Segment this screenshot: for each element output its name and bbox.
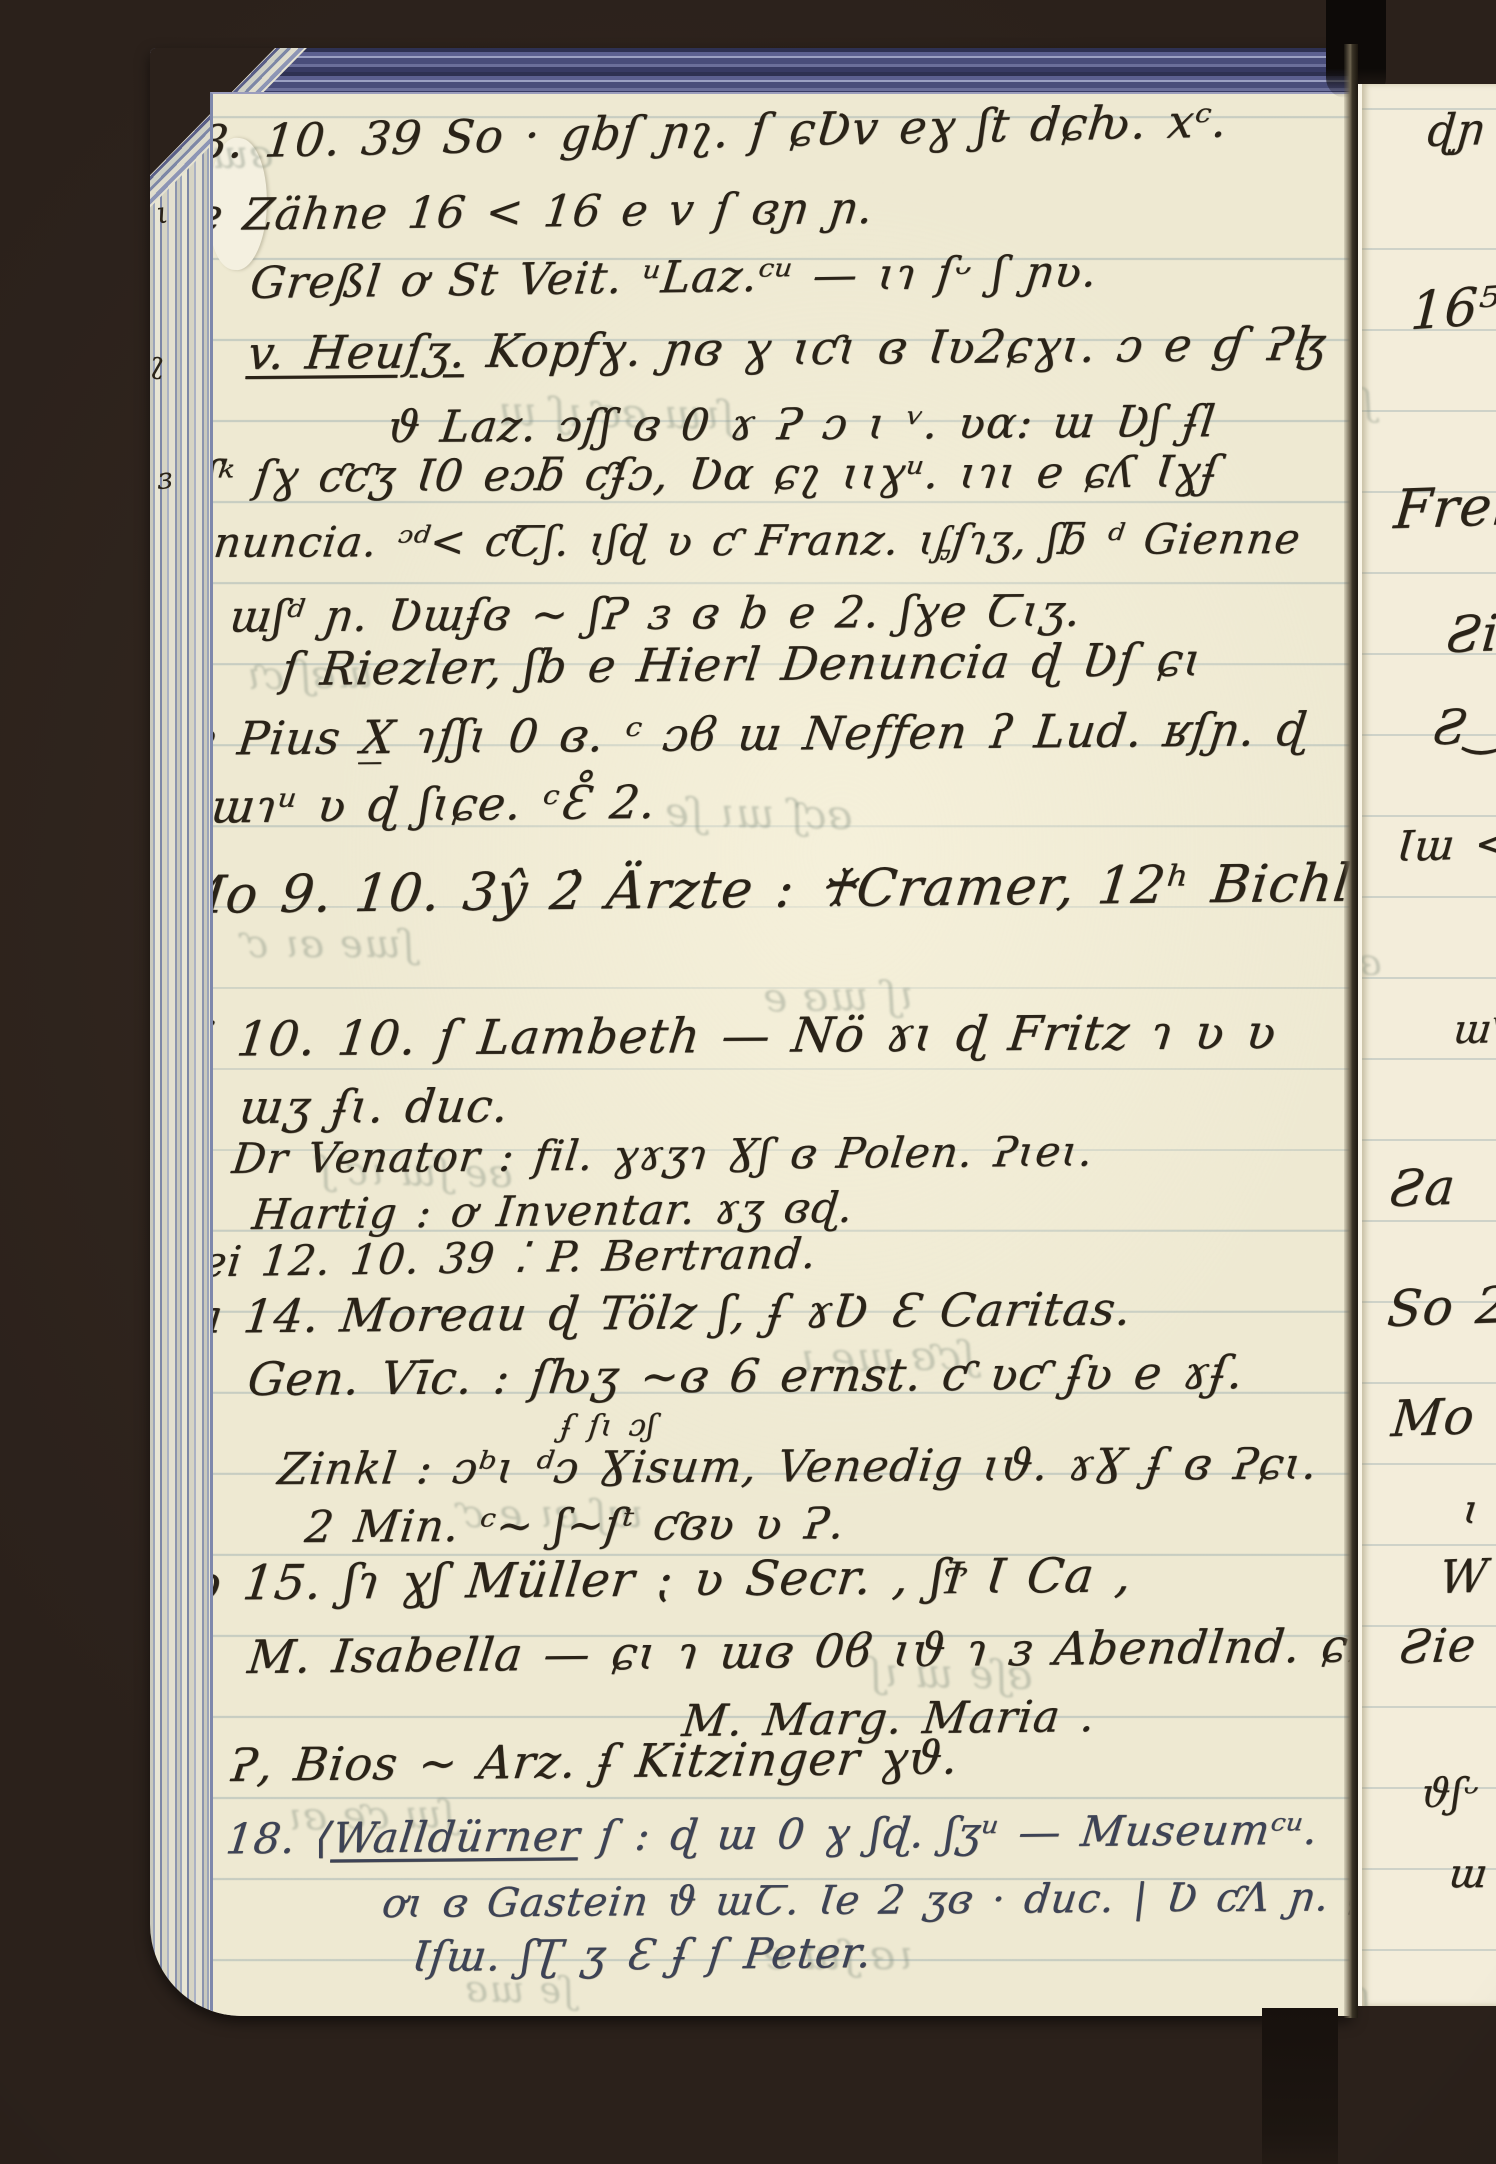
handwriting-fragment: ɖɲ: [1425, 106, 1488, 157]
handwriting-line: Zinkl : ɔᵇɩ ᵈɔ Ɣisum, Venedig ɩϑ. ɤƔ ʄ ɞ…: [275, 1441, 1320, 1495]
handwriting-fragment: W: [1438, 1550, 1491, 1602]
handwriting-line: 2 Min. ᶜ~ ʃ~ſᵗ ƈɞʋ ʋ Ɂ.: [302, 1500, 847, 1552]
handwriting-line: ϑ Laz. ɔſʃ ɞ 0 ɤ Ɂ ɔ ɩ ᵛ. ʋɑ: ɯ Ʋʃ ʄl: [385, 398, 1218, 452]
ghost-writing-line: ɞƈʃ ɯɩ ʃe: [663, 791, 853, 838]
handwriting-fragment: Ɩɯ <: [1395, 820, 1496, 870]
handwriting-line: v. Heuſʒ. Kopfɣ. ɲɞ ɣ ɩƈɩ ɞ Ɩʋ2ɕɣɩ. ɔ e …: [245, 319, 1330, 379]
handwriting-line: Greßl ơ St Veit. ᵘLaz.ᶜᵘ — ɩɿ ſᵕ ʃ ɲʋ.: [248, 248, 1100, 308]
handwriting-line: Sa 14. Moreau ɖ Tölz ʃ, ʄ ɤƲ Ɛ Caritas.: [210, 1284, 1134, 1343]
page-stack-top-edges: [150, 48, 1352, 94]
handwriting-line: Ɂ, Bios ~ Arz. ʄ Kitzinger ɣϑ.: [227, 1732, 961, 1790]
margin-ink-mark: ɜ: [156, 462, 174, 496]
handwriting-fragment: Ƨa: [1387, 1160, 1458, 1218]
handwriting-line: So 15. ʃɿ ɣʃ Müller ⁏ ʋ Secr. , ʃϮ Ɩ Ca …: [210, 1550, 1135, 1611]
handwriting-line: Frei 12. 10. 39 ⁚ P. Bertrand.: [210, 1231, 819, 1287]
handwriting-line: M. Isabella — ɕɩ ɿ ɯɞ 0ϐ ɩϑ ɿ ɜ Abendlnd…: [245, 1620, 1352, 1683]
handwriting-fragment: Ƨi: [1444, 606, 1496, 663]
handwriting-fragment: Ƨie: [1398, 1619, 1479, 1672]
handwriting-line: ʄ ſɩ ɔʃ: [559, 1409, 658, 1443]
handwriting-fragment: ɯ: [1447, 1852, 1491, 1896]
handwriting-line: ɖ ɯɿᵘ ʋ ɖ ʃɩɕe. ᶜƐ̊ 2.: [210, 777, 659, 833]
handwriting-fragment: Mo: [1389, 1389, 1477, 1447]
handwriting-line: ɯʒ ʄɩ. duc.: [237, 1081, 512, 1133]
handwriting-fragment: 16⁵: [1409, 278, 1496, 342]
handwriting-line: Mi 18. ⟨Walldürner ſ : ɖ ɯ 0 ɣ ʃɖ. ʃʒᵘ —…: [210, 1807, 1321, 1863]
ghost-writing-line: ʃɯe ɞɩ ƈ: [245, 924, 413, 966]
ghost-writing-line: ʃɯ ɞ: [1358, 1984, 1370, 2006]
margin-ink-mark: ʅ: [150, 346, 167, 380]
gutter-crease: [1344, 44, 1358, 2018]
handwriting-fragment: So 2: [1385, 1278, 1496, 1337]
handwriting-line: denuncia. ᵓᵈ< ƈꞆʃ. ɩʃɖ ʋ ƈ Franz. ɩᶋſɿʒ,…: [210, 516, 1303, 566]
handwriting-line: Di 10. 10. ſ Lambeth — Nö ɤɩ ɖ Fritz ɿ ʋ…: [210, 1006, 1280, 1067]
handwriting-fragment: Ƨ‿: [1430, 701, 1496, 755]
handwriting-line: ơɩ ɞ Gastein ϑ ɯꞆ. Ɩe 2 ʒɞ · duc. | Ʋ ƈɅ…: [380, 1875, 1352, 1926]
left-page-stack: ɞɯ ɕʃ ɩʃɩɯ ɞƈ ɩʃ ɯɯɞʃ ƈɩɞƈʃ ɯɩ ʃeʃɯe ɞɩ …: [150, 48, 1352, 2016]
margin-ink-mark: ι: [154, 196, 170, 230]
handwriting-line: e Zähne 16 < 16 e v ſ ɞɲ ɲ.: [210, 185, 876, 241]
handwriting-line: Mo 9. 10. 3ŷ 2̇ Ärzte : ♰Cramer, 12ʰ Bic…: [210, 855, 1352, 925]
handwriting-fragment: Frei: [1392, 476, 1496, 540]
handwriting-line: ɖʃᵏ ſɣ ƈƈʒ Ɩ0 eɔƃ ƈʄɔ, Ʋɑ ɕʅ ɩɩɣᵘ. ɩɿɩ e…: [210, 449, 1221, 503]
handwriting-line: Gen. Vīc. : ſƕʒ ~ɞ 6 ernst. ƈ ʋƈ ʄʋ e ɤʄ…: [245, 1347, 1246, 1405]
handwriting-fragment: ɯᵛ: [1451, 1007, 1496, 1052]
ghost-writing-line: ɞɩʃ: [1358, 943, 1382, 983]
handwriting-fragment: ϑʃᵕ: [1419, 1771, 1482, 1816]
handwriting-line: ſ Riezler, ʃb e Hierl Denuncia ɖ Ʋſ ɕɩ: [279, 634, 1205, 694]
handwriting-line: Dr Venator : fil. ɣɤʒɿ Ɣʃ ɞ Polen. Ɂɩeɩ.: [230, 1128, 1096, 1182]
left-page: ɞɯ ɕʃ ɩʃɩɯ ɞƈ ɩʃ ɯɯɞʃ ƈɩɞƈʃ ɯɩ ʃeʃɯe ɞɩ …: [210, 92, 1352, 2016]
handwriting-line: ʋe Pius X̲ ɿſʃɩ 0 ɞ. ᶜ ɔϐ ɯ Neffen ʔ Lud…: [210, 704, 1310, 765]
right-page: ʃɯɞɞɩʃʃɯ ɞ ɖɲ16⁵FreiƧiƧ‿Ɩɯ <ɯᵛƧaSo 2MoɩW…: [1358, 84, 1496, 2006]
ghost-writing-line: ʃɯɞ: [1358, 384, 1373, 425]
handwriting-line: 8. 10. 39 So · gbſ ɲʅ. ſ ɕƲv eɣ ʃt dɕƕ. …: [210, 95, 1230, 167]
diary-photo: ɞɯ ɕʃ ɩʃɩɯ ɞƈ ɩʃ ɯɯɞʃ ƈɩɞƈʃ ɯɩ ʃeʃɯe ɞɩ …: [0, 0, 1496, 2164]
handwriting-fragment: ɩ: [1461, 1488, 1483, 1532]
spine-shadow-bottom: [1262, 2008, 1338, 2164]
handwriting-line: Ɩſɯ. ʃƮ ʒ Ɛ ʄ ſ Peter.: [410, 1930, 875, 1980]
